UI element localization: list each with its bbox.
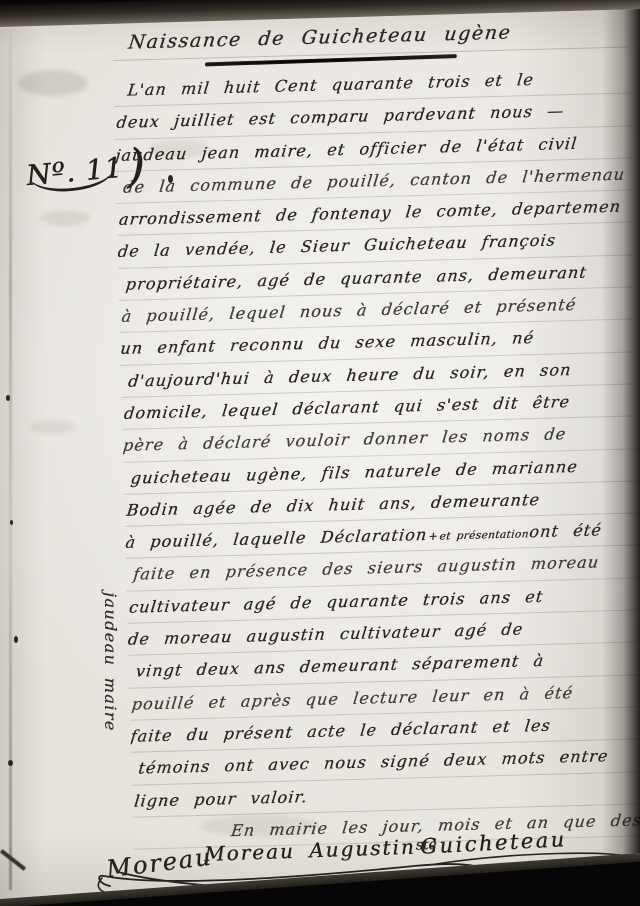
act-body: Naissance de Guicheteau ugène L'an mil h…	[112, 14, 640, 849]
ink-speck	[14, 636, 18, 643]
scanned-register-photo: { "colors": { "background": "#060606", "…	[0, 0, 640, 906]
register-page: Nº. 11) jaudeau maire Naissance de Guich…	[0, 0, 640, 906]
margin-mayor-signature: jaudeau maire	[101, 592, 120, 732]
bleed-through-smudge	[40, 210, 90, 226]
act-text-lines: L'an mil huit Cent quarante trois et le …	[113, 61, 640, 849]
ink-speck	[10, 520, 13, 525]
bleed-through-smudge	[18, 70, 88, 96]
ink-speck	[6, 395, 10, 401]
ink-speck	[8, 760, 13, 766]
bleed-through-smudge	[30, 420, 76, 434]
page-corner-shadow	[0, 849, 26, 871]
